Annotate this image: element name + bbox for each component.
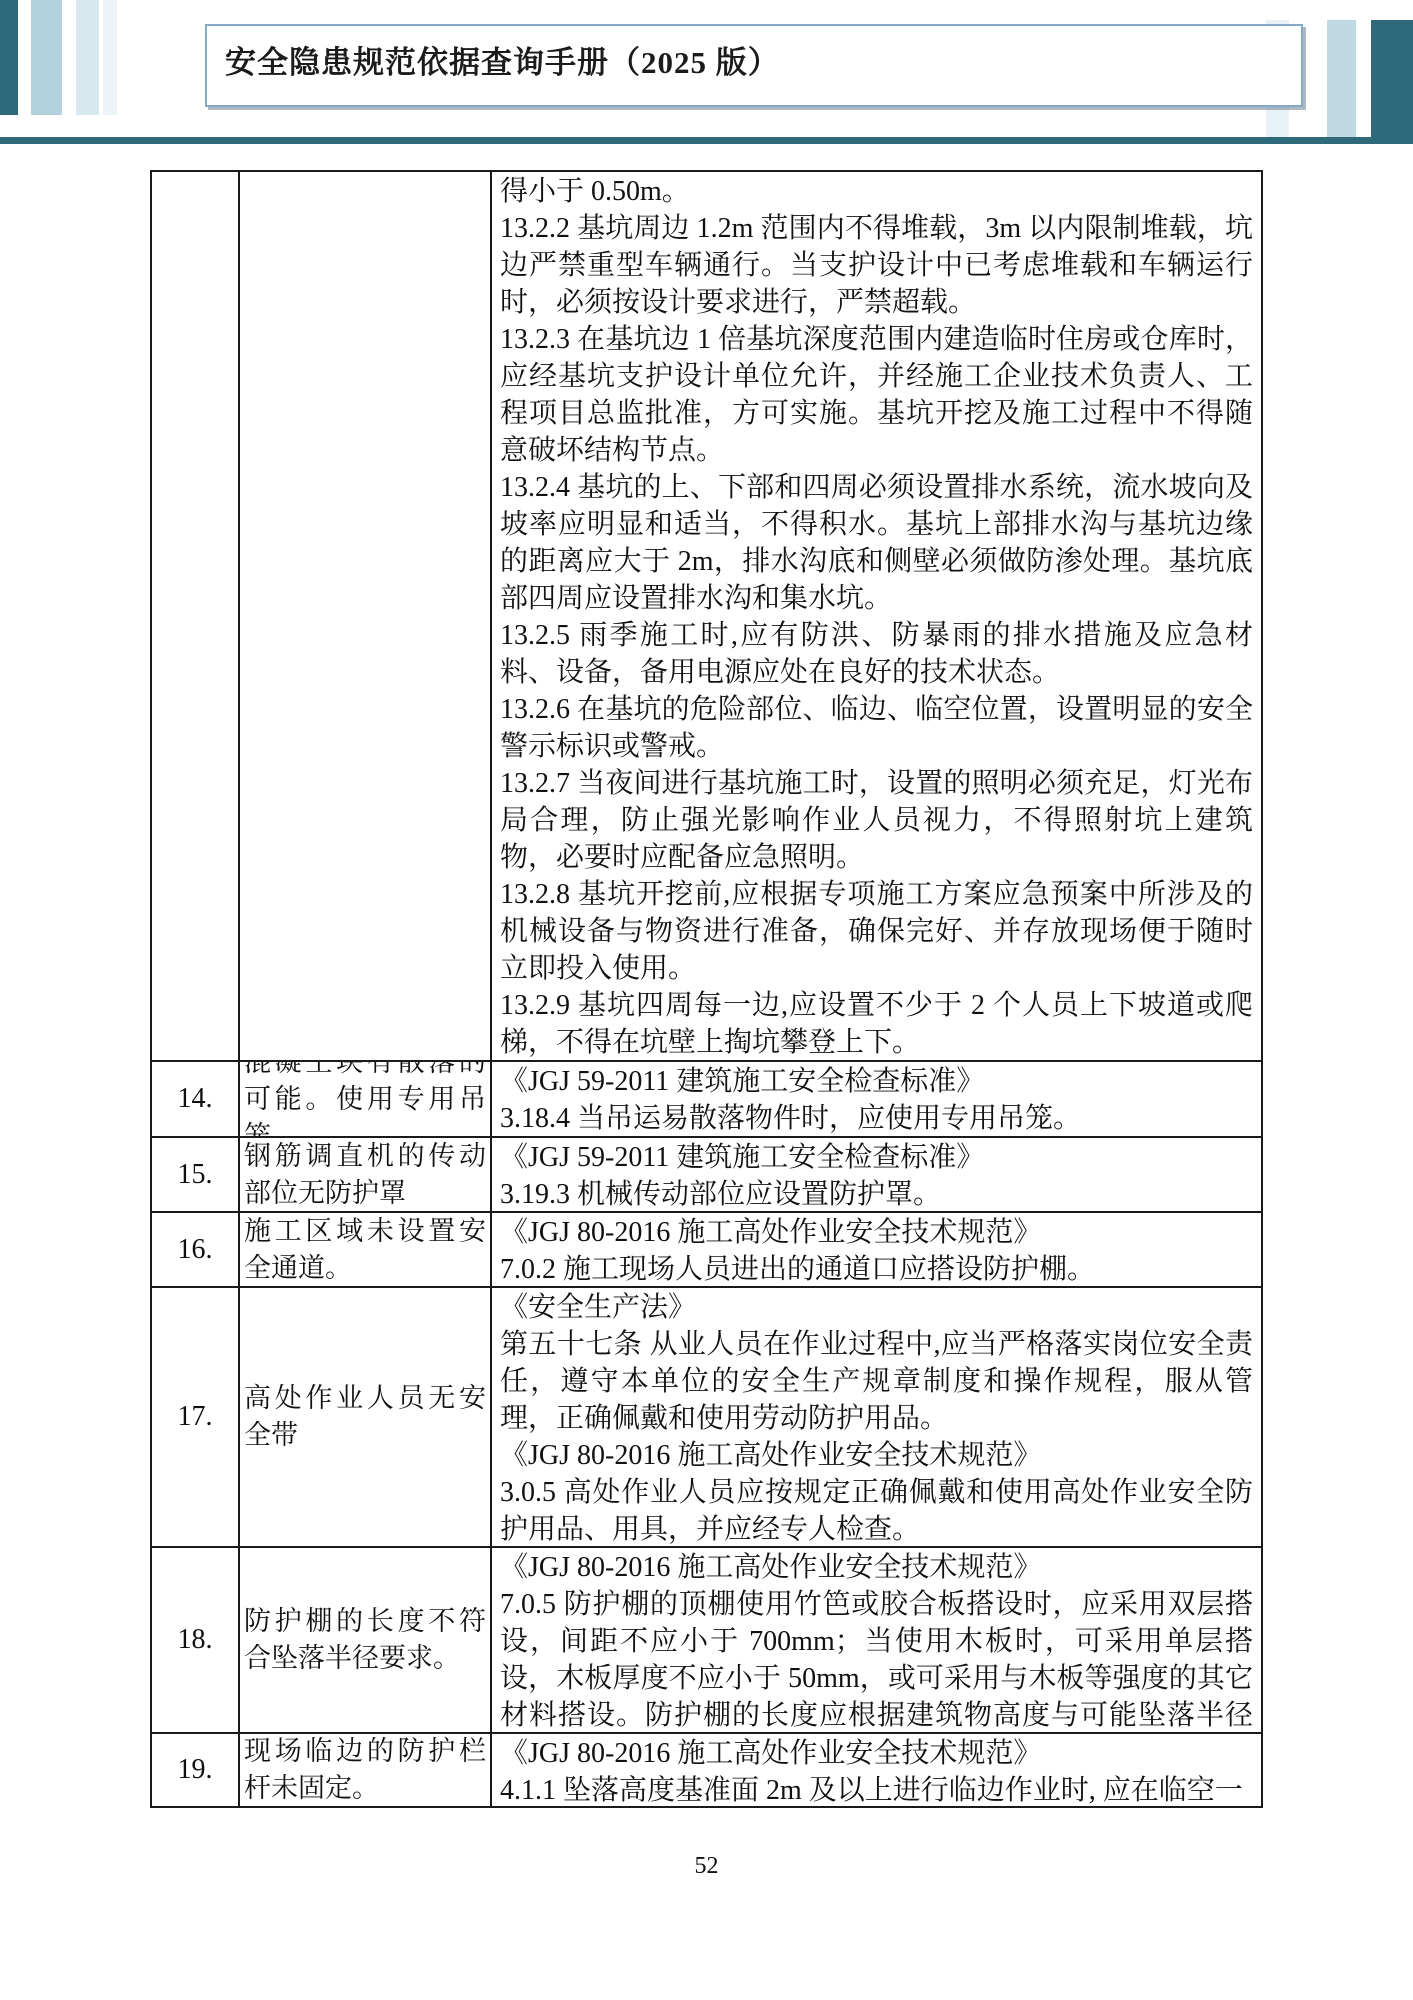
hazard-cell: 混凝土块有散落的可能。使用专用吊笼	[240, 1062, 492, 1136]
basis-paragraph: 4.1.1 坠落高度基准面 2m 及以上进行临边作业时, 应在临空一	[500, 1772, 1253, 1806]
decor-bar-right-light	[1327, 20, 1356, 137]
basis-paragraph: 3.0.5 高处作业人员应按规定正确佩戴和使用高处作业安全防护用品、用具，并应经…	[500, 1474, 1253, 1546]
basis-paragraph: 《JGJ 59-2011 建筑施工安全检查标准》	[500, 1139, 1253, 1176]
row-number: 18.	[178, 1624, 213, 1656]
decor-bar-left-lightest	[103, 0, 117, 115]
basis-paragraph: 7.0.2 施工现场人员进出的通道口应搭设防护棚。	[500, 1251, 1253, 1286]
hazard-text: 钢筋调直机的传动部位无防护罩	[244, 1138, 486, 1211]
basis-paragraph: 《JGJ 59-2011 建筑施工安全检查标准》	[500, 1063, 1253, 1100]
hazard-text: 施工区域未设置安全通道。	[244, 1213, 486, 1286]
hazard-cell: 高处作业人员无安全带	[240, 1288, 492, 1546]
basis-cell: 《JGJ 59-2011 建筑施工安全检查标准》 3.19.3 机械传动部位应设…	[492, 1138, 1261, 1211]
table-row-13-continuation: 得小于 0.50m。 13.2.2 基坑周边 1.2m 范围内不得堆载，3m 以…	[152, 172, 1261, 1062]
row-number-cell: 16.	[152, 1213, 240, 1286]
basis-paragraph: 3.18.4 当吊运易散落物件时，应使用专用吊笼。	[500, 1100, 1253, 1136]
basis-paragraph: 13.2.8 基坑开挖前,应根据专项施工方案应急预案中所涉及的机械设备与物资进行…	[500, 876, 1253, 987]
basis-cell: 《JGJ 80-2016 施工高处作业安全技术规范》 4.1.1 坠落高度基准面…	[492, 1734, 1261, 1806]
basis-paragraph: 13.2.5 雨季施工时,应有防洪、防暴雨的排水措施及应急材料、设备，备用电源应…	[500, 617, 1253, 691]
row-number: 14.	[178, 1083, 213, 1115]
decor-bar-left-lighter	[76, 0, 99, 115]
hazard-cell: 防护棚的长度不符合坠落半径要求。	[240, 1548, 492, 1732]
row-number-cell: 18.	[152, 1548, 240, 1732]
hazard-text: 现场临边的防护栏杆未固定。	[244, 1734, 486, 1806]
basis-paragraph: 13.2.2 基坑周边 1.2m 范围内不得堆载，3m 以内限制堆载，坑边严禁重…	[500, 210, 1253, 321]
basis-paragraph: 《JGJ 80-2016 施工高处作业安全技术规范》	[500, 1549, 1253, 1586]
basis-cell: 《JGJ 80-2016 施工高处作业安全技术规范》 7.0.2 施工现场人员进…	[492, 1213, 1261, 1286]
basis-cell: 《JGJ 59-2011 建筑施工安全检查标准》 3.18.4 当吊运易散落物件…	[492, 1062, 1261, 1136]
table-row-19: 19. 现场临边的防护栏杆未固定。 《JGJ 80-2016 施工高处作业安全技…	[152, 1734, 1261, 1806]
row-number-cell	[152, 172, 240, 1060]
table-row-18: 18. 防护棚的长度不符合坠落半径要求。 《JGJ 80-2016 施工高处作业…	[152, 1548, 1261, 1734]
basis-paragraph: 《安全生产法》	[500, 1289, 1253, 1326]
basis-cell: 得小于 0.50m。 13.2.2 基坑周边 1.2m 范围内不得堆载，3m 以…	[492, 172, 1261, 1060]
header-title-box: 安全隐患规范依据查询手册（2025 版）	[205, 24, 1303, 107]
hazard-text: 防护棚的长度不符合坠落半径要求。	[244, 1603, 486, 1677]
hazard-cell: 钢筋调直机的传动部位无防护罩	[240, 1138, 492, 1211]
basis-paragraph: 得小于 0.50m。	[500, 173, 1253, 210]
basis-paragraph: 13.2.6 在基坑的危险部位、临边、临空位置，设置明显的安全警示标识或警戒。	[500, 691, 1253, 765]
basis-paragraph: 《JGJ 80-2016 施工高处作业安全技术规范》	[500, 1437, 1253, 1474]
row-number-cell: 17.	[152, 1288, 240, 1546]
basis-paragraph: 13.2.3 在基坑边 1 倍基坑深度范围内建造临时住房或仓库时，应经基坑支护设…	[500, 321, 1253, 469]
table-row-17: 17. 高处作业人员无安全带 《安全生产法》 第五十七条 从业人员在作业过程中,…	[152, 1288, 1261, 1548]
basis-cell: 《安全生产法》 第五十七条 从业人员在作业过程中,应当严格落实岗位安全责任，遵守…	[492, 1288, 1261, 1546]
hazard-cell	[240, 172, 492, 1060]
header-divider-bar	[0, 137, 1413, 144]
table-row-16: 16. 施工区域未设置安全通道。 《JGJ 80-2016 施工高处作业安全技术…	[152, 1213, 1261, 1288]
page-title: 安全隐患规范依据查询手册（2025 版）	[207, 37, 780, 82]
hazard-text: 混凝土块有散落的可能。使用专用吊笼	[244, 1062, 486, 1136]
basis-paragraph: 第五十七条 从业人员在作业过程中,应当严格落实岗位安全责任，遵守本单位的安全生产…	[500, 1326, 1253, 1437]
basis-paragraph: 13.2.4 基坑的上、下部和四周必须设置排水系统，流水坡向及坡率应明显和适当，…	[500, 469, 1253, 617]
basis-paragraph: 7.0.5 防护棚的顶棚使用竹笆或胶合板搭设时，应采用双层搭设，间距不应小于 7…	[500, 1586, 1253, 1732]
row-number-cell: 19.	[152, 1734, 240, 1806]
basis-paragraph: 3.19.3 机械传动部位应设置防护罩。	[500, 1176, 1253, 1211]
hazard-text: 高处作业人员无安全带	[244, 1380, 486, 1454]
table-row-14: 14. 混凝土块有散落的可能。使用专用吊笼 《JGJ 59-2011 建筑施工安…	[152, 1062, 1261, 1138]
row-number: 19.	[178, 1754, 213, 1786]
row-number: 16.	[178, 1234, 213, 1266]
decor-bar-right-dark	[1371, 20, 1413, 137]
row-number-cell: 15.	[152, 1138, 240, 1211]
regulation-table: 得小于 0.50m。 13.2.2 基坑周边 1.2m 范围内不得堆载，3m 以…	[150, 170, 1263, 1808]
hazard-cell: 施工区域未设置安全通道。	[240, 1213, 492, 1286]
page-number: 52	[0, 1853, 1413, 1880]
decor-bar-left-dark	[0, 0, 18, 115]
basis-cell: 《JGJ 80-2016 施工高处作业安全技术规范》 7.0.5 防护棚的顶棚使…	[492, 1548, 1261, 1732]
basis-paragraph: 《JGJ 80-2016 施工高处作业安全技术规范》	[500, 1214, 1253, 1251]
basis-paragraph: 13.2.9 基坑四周每一边,应设置不少于 2 个人员上下坡道或爬梯，不得在坑壁…	[500, 987, 1253, 1060]
basis-paragraph: 《JGJ 80-2016 施工高处作业安全技术规范》	[500, 1735, 1253, 1772]
hazard-cell: 现场临边的防护栏杆未固定。	[240, 1734, 492, 1806]
row-number: 15.	[178, 1159, 213, 1191]
table-row-15: 15. 钢筋调直机的传动部位无防护罩 《JGJ 59-2011 建筑施工安全检查…	[152, 1138, 1261, 1213]
decor-bar-left-light	[31, 0, 62, 115]
row-number: 17.	[178, 1401, 213, 1433]
basis-paragraph: 13.2.7 当夜间进行基坑施工时，设置的照明必须充足，灯光布局合理，防止强光影…	[500, 765, 1253, 876]
row-number-cell: 14.	[152, 1062, 240, 1136]
